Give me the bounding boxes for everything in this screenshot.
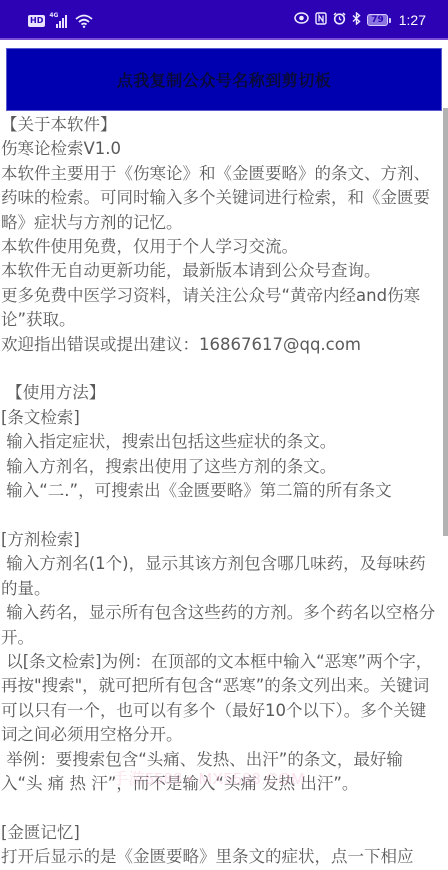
section-heading-usage: 【使用方法】 — [1, 381, 441, 405]
bluetooth-icon — [352, 12, 361, 29]
usage-line: 输入“二.”，可搜索出《金匮要略》第二篇的所有条文 — [1, 479, 441, 503]
usage-line: 输入指定症状，搜索出包括这些症状的条文。 — [1, 430, 441, 454]
subsection-heading-clause-search: [条文检索] — [1, 406, 441, 430]
about-line: 本软件主要用于《伤寒论》和《金匮要略》的条文、方剂、药味的检索。可同时输入多个关… — [1, 162, 441, 235]
status-bar-right: 79 1:27 — [294, 12, 426, 28]
battery-level: 79 — [367, 14, 388, 26]
about-line: 伤寒论检索V1.0 — [1, 137, 441, 161]
status-bar: HD 4G — [0, 0, 448, 40]
alarm-icon — [333, 12, 346, 29]
about-line: 本软件无自动更新功能，最新版本请到公众号查询。 — [1, 259, 441, 283]
subsection-heading-formula-search: [方剂检索] — [1, 528, 441, 552]
clock-time: 1:27 — [399, 12, 426, 28]
usage-line: 以[条文检索]为例：在顶部的文本框中输入“恶寒”两个字，再按"搜索"，就可把所有… — [1, 650, 441, 748]
status-bar-left: HD 4G — [28, 14, 93, 28]
copy-button-label: 点我复制公众号名称到剪切板 — [117, 68, 332, 91]
copy-account-name-button[interactable]: 点我复制公众号名称到剪切板 — [6, 48, 442, 111]
about-line: 更多免费中医学习资料，请关注公众号“黄帝内经and伤寒论”获取。 — [1, 284, 441, 333]
usage-line: 举例：要搜索包含“头痛、发热、出汗”的条文，最好输入“头 痛 热 汗”，而不是输… — [1, 748, 441, 797]
wifi-icon — [75, 14, 93, 28]
eye-comfort-icon — [294, 12, 309, 28]
nfc-icon — [315, 12, 327, 29]
battery-icon: 79 — [367, 14, 391, 26]
hd-icon: HD — [28, 15, 45, 27]
about-line: 本软件使用免费，仅用于个人学习交流。 — [1, 235, 441, 259]
usage-line: 输入方剂名，搜索出使用了这些方剂的条文。 — [1, 455, 441, 479]
signal-icon: 4G — [49, 14, 71, 28]
usage-line: 输入药名，显示所有包含这些药的方剂。多个药名以空格分开。 — [1, 601, 441, 650]
scrollbar[interactable] — [443, 108, 448, 536]
usage-line: 输入方剂名(1个)，显示其该方剂包含哪几味药，及每味药的量。 — [1, 552, 441, 601]
contact-email-line: 欢迎指出错误或提出建议：16867617@qq.com — [1, 333, 441, 357]
content-text-area[interactable]: 【关于本软件】 伤寒论检索V1.0 本软件主要用于《伤寒论》和《金匮要略》的条文… — [1, 113, 441, 798]
section-heading-about: 【关于本软件】 — [1, 113, 441, 137]
